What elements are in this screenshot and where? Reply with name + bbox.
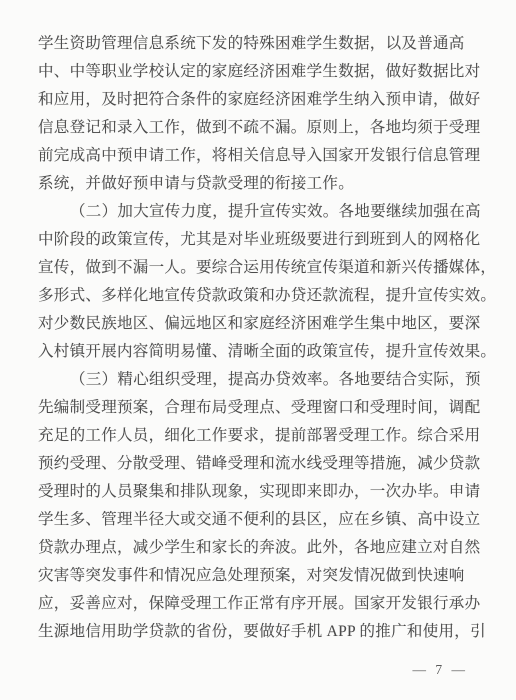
text-line: 和应用，及时把符合条件的家庭经济困难学生纳入预申请，做好 — [38, 86, 484, 114]
paragraph-start-line: （二）加大宣传力度，提升宣传实效。各地要继续加强在高 — [38, 198, 484, 226]
text-line: 应，妥善应对，保障受理工作正常有序开展。国家开发银行承办 — [38, 590, 484, 618]
text-line: 充足的工作人员，细化工作要求，提前部署受理工作。综合采用 — [38, 422, 484, 450]
text-line: 受理时的人员聚集和排队现象，实现即来即办，一次办毕。申请 — [38, 478, 484, 506]
text-line: 信息登记和录入工作，做到不疏不漏。原则上，各地均须于受理 — [38, 114, 484, 142]
text-line: 学生多、管理半径大或交通不便利的县区，应在乡镇、高中设立 — [38, 506, 484, 534]
text-line: 灾害等突发事件和情况应急处理预案，对突发情况做到快速响 — [38, 562, 484, 590]
document-page: 学生资助管理信息系统下发的特殊困难学生数据，以及普通高 中、中等职业学校认定的家… — [0, 0, 516, 700]
text-line: 贷款办理点，减少学生和家长的奔波。此外，各地应建立对自然 — [38, 534, 484, 562]
text-line: 前完成高中预申请工作，将相关信息导入国家开发银行信息管理 — [38, 142, 484, 170]
text-line: 先编制受理预案，合理布局受理点、受理窗口和受理时间，调配 — [38, 394, 484, 422]
document-text-block: 学生资助管理信息系统下发的特殊困难学生数据，以及普通高 中、中等职业学校认定的家… — [38, 30, 484, 646]
text-line: 学生资助管理信息系统下发的特殊困难学生数据，以及普通高 — [38, 30, 484, 58]
text-line: 生源地信用助学贷款的省份，要做好手机 APP 的推广和使用，引 — [38, 618, 484, 646]
text-line: 入村镇开展内容简明易懂、清晰全面的政策宣传，提升宣传效果。 — [38, 338, 484, 366]
text-line: 宣传，做到不漏一人。要综合运用传统宣传渠道和新兴传播媒体， — [38, 254, 484, 282]
text-line: 系统，并做好预申请与贷款受理的衔接工作。 — [38, 170, 484, 198]
text-line: 预约受理、分散受理、错峰受理和流水线受理等措施，减少贷款 — [38, 450, 484, 478]
text-line: 多形式、多样化地宣传贷款政策和办贷还款流程，提升宣传实效。 — [38, 282, 484, 310]
page-number: — 7 — — [413, 660, 469, 680]
paragraph-start-line: （三）精心组织受理，提高办贷效率。各地要结合实际，预 — [38, 366, 484, 394]
text-line: 中、中等职业学校认定的家庭经济困难学生数据，做好数据比对 — [38, 58, 484, 86]
text-line: 中阶段的政策宣传，尤其是对毕业班级要进行到班到人的网格化 — [38, 226, 484, 254]
text-line: 对少数民族地区、偏远地区和家庭经济困难学生集中地区，要深 — [38, 310, 484, 338]
